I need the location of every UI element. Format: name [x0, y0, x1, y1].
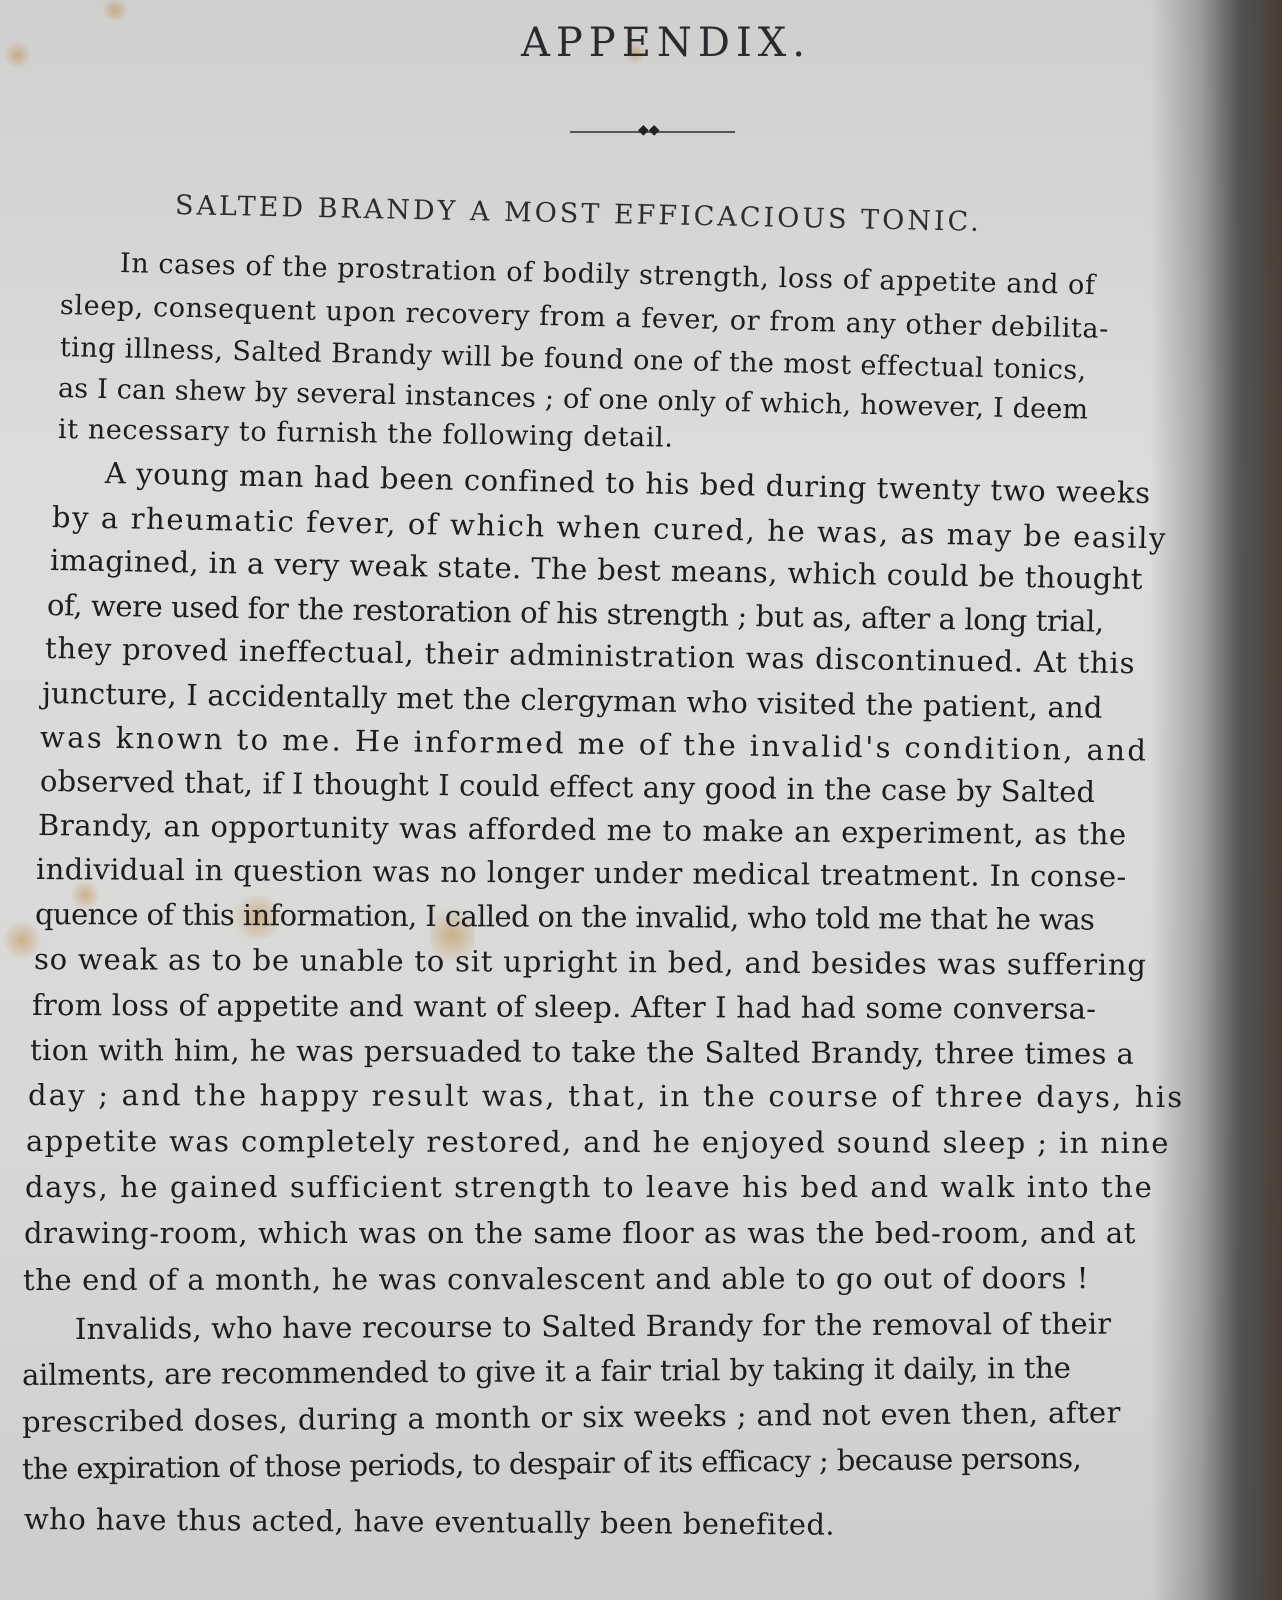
text-line: quence of this information, I called on … — [35, 897, 1094, 937]
page-content: APPENDIX. ◆◆ SALTED BRANDY A MOST EFFICA… — [0, 0, 1282, 1600]
text-line: of, were used for the restoration of his… — [47, 588, 1104, 639]
text-line: the end of a month, he was convalescent … — [23, 1261, 1089, 1297]
text-line: was known to me. He informed me of the i… — [40, 720, 1149, 768]
text-line: ailments, are recommended to give it a f… — [22, 1351, 1071, 1392]
text-line: observed that, if I thought I could effe… — [40, 764, 1096, 809]
text-line: appetite was completely restored, and he… — [26, 1124, 1170, 1160]
text-line: prescribed doses, during a month or six … — [22, 1395, 1121, 1439]
text-line: juncture, I accidentally met the clergym… — [42, 676, 1103, 725]
text-line: drawing-room, which was on the same floo… — [24, 1216, 1136, 1250]
text-line: from loss of appetite and want of sleep.… — [32, 988, 1096, 1026]
text-line: it necessary to furnish the following de… — [58, 414, 674, 454]
text-line: so weak as to be unable to sit upright i… — [34, 942, 1147, 982]
text-line: Brandy, an opportunity was afforded me t… — [38, 808, 1127, 851]
text-line: tion with him, he was persuaded to take … — [30, 1033, 1134, 1071]
text-line: day ; and the happy result was, that, in… — [28, 1078, 1184, 1114]
text-line: days, he gained sufficient strength to l… — [25, 1170, 1153, 1204]
text-line: individual in question was no longer und… — [36, 852, 1127, 894]
text-line: the expiration of those periods, to desp… — [22, 1441, 1081, 1486]
text-line: Invalids, who have recourse to Salted Br… — [75, 1307, 1111, 1346]
text-line: A young man had been confined to his bed… — [105, 456, 1151, 510]
section-heading: SALTED BRANDY A MOST EFFICACIOUS TONIC. — [175, 190, 982, 238]
text-line: they proved ineffectual, their administr… — [45, 631, 1136, 680]
text-line: who have thus acted, have eventually bee… — [24, 1502, 835, 1542]
page-title: APPENDIX. — [0, 20, 1282, 66]
text-line: In cases of the prostration of bodily st… — [120, 248, 1096, 301]
diamond-ornament-icon: ◆◆ — [638, 122, 660, 138]
